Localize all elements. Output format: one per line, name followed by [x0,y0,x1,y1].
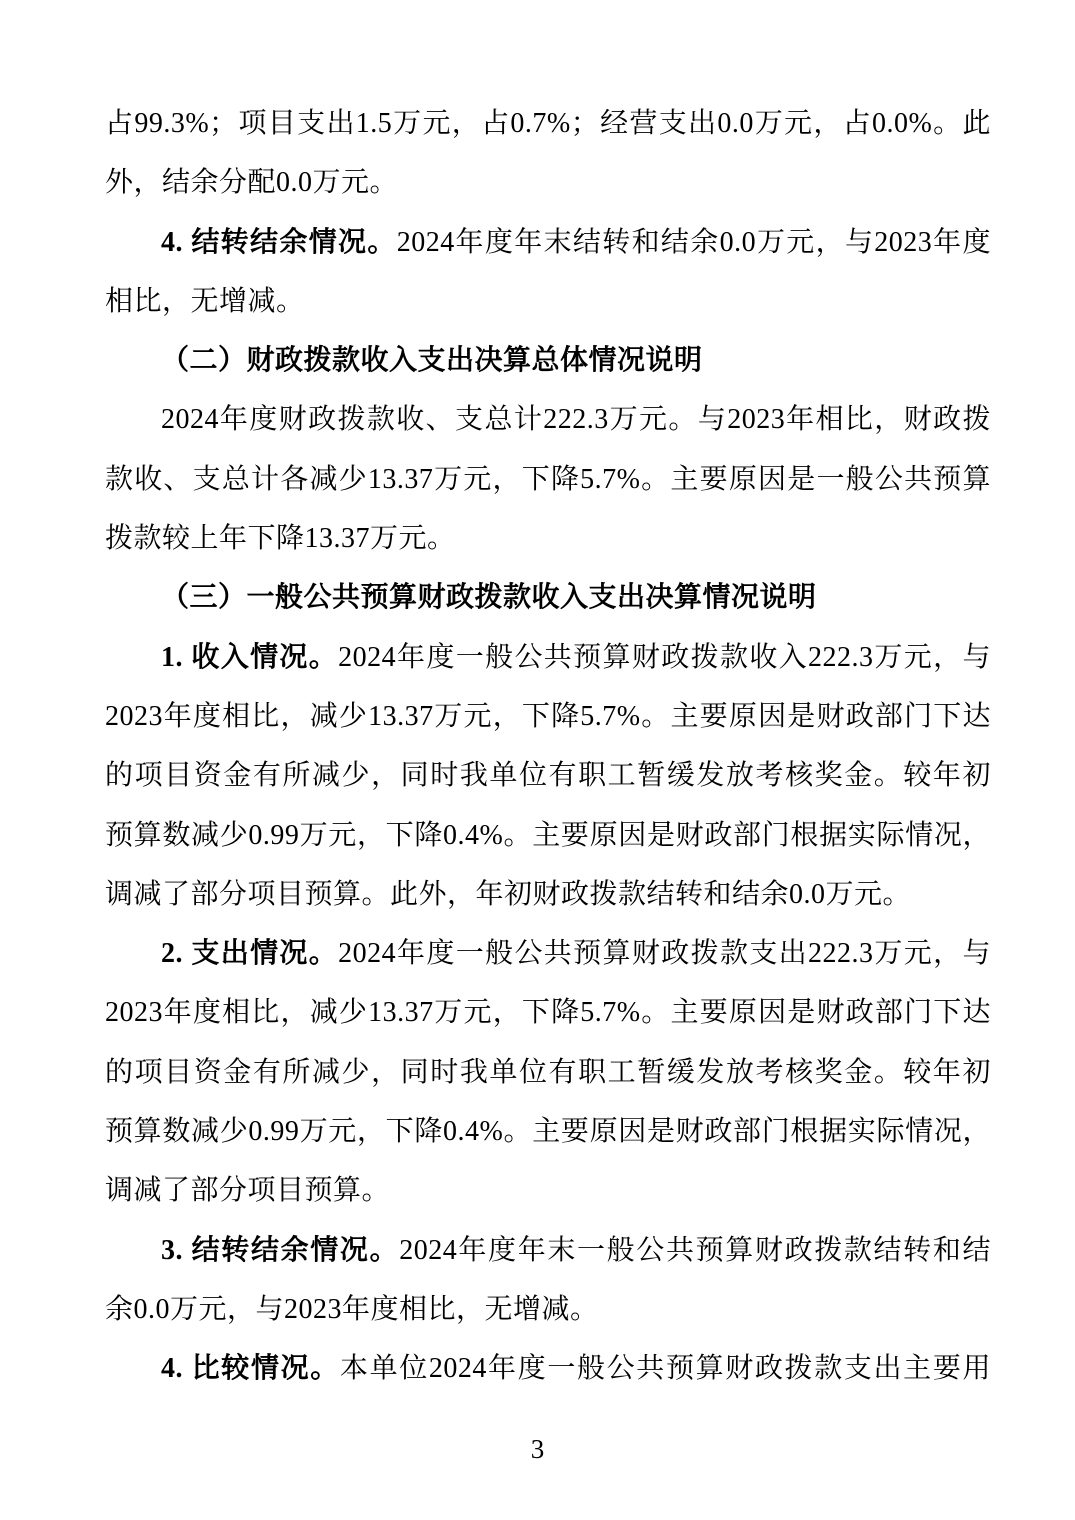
line-text: 的项目资金有所减少，同时我单位有职工暂缓发放考核奖金。较年初 [105,760,991,791]
text-line: 2023年度相比，减少13.37万元，下降5.7%。主要原因是财政部门下达 [105,687,991,746]
text-line: 预算数减少0.99万元，下降0.4%。主要原因是财政部门根据实际情况， [105,806,991,865]
line-text: 2024年度财政拨款收、支总计222.3万元。与2023年相比，财政拨 [161,404,991,435]
line-text: 2023年度相比，减少13.37万元，下降5.7%。主要原因是财政部门下达 [105,701,991,732]
text-line: 外，结余分配0.0万元。 [105,153,991,212]
line-text: 相比，无增减。 [105,286,305,317]
text-line: 2023年度相比，减少13.37万元，下降5.7%。主要原因是财政部门下达 [105,983,991,1042]
text-line: 3. 结转结余情况。2024年度年末一般公共预算财政拨款结转和结 [105,1221,991,1280]
section-heading: （二）财政拨款收入支出决算总体情况说明 [105,331,991,390]
text-line: 2024年度财政拨款收、支总计222.3万元。与2023年相比，财政拨 [105,390,991,449]
text-line: 4. 比较情况。本单位2024年度一般公共预算财政拨款支出主要用 [105,1339,991,1398]
line-text: 占99.3%；项目支出1.5万元，占0.7%；经营支出0.0万元，占0.0%。此 [105,108,991,139]
line-text: 款收、支总计各减少13.37万元，下降5.7%。主要原因是一般公共预算 [105,464,991,495]
text-line: 预算数减少0.99万元，下降0.4%。主要原因是财政部门根据实际情况， [105,1102,991,1161]
text-line: 拨款较上年下降13.37万元。 [105,509,991,568]
line-text: 2024年度一般公共预算财政拨款收入222.3万元，与 [338,642,991,673]
text-line: 调减了部分项目预算。 [105,1161,991,1220]
line-text: 调减了部分项目预算。此外，年初财政拨款结转和结余0.0万元。 [105,879,911,910]
line-text: 2024年度年末一般公共预算财政拨款结转和结 [399,1235,991,1266]
line-text: 2024年度年末结转和结余0.0万元，与2023年度 [397,227,991,258]
text-line: 相比，无增减。 [105,272,991,331]
line-text: 外，结余分配0.0万元。 [105,167,398,198]
text-line: 余0.0万元，与2023年度相比，无增减。 [105,1280,991,1339]
document-body: 占99.3%；项目支出1.5万元，占0.7%；经营支出0.0万元，占0.0%。此… [105,94,991,1399]
line-bold-prefix: （三）一般公共预算财政拨款收入支出决算情况说明 [161,582,817,613]
document-page: 占99.3%；项目支出1.5万元，占0.7%；经营支出0.0万元，占0.0%。此… [0,0,1075,1520]
text-line: 1. 收入情况。2024年度一般公共预算财政拨款收入222.3万元，与 [105,628,991,687]
line-text: 2024年度一般公共预算财政拨款支出222.3万元，与 [338,938,991,969]
text-line: 的项目资金有所减少，同时我单位有职工暂缓发放考核奖金。较年初 [105,1043,991,1102]
line-text: 本单位2024年度一般公共预算财政拨款支出主要用 [340,1353,991,1384]
line-bold-prefix: 1. 收入情况。 [161,642,338,673]
text-line: 占99.3%；项目支出1.5万元，占0.7%；经营支出0.0万元，占0.0%。此 [105,94,991,153]
line-bold-prefix: 4. 比较情况。 [161,1353,340,1384]
line-bold-prefix: （二）财政拨款收入支出决算总体情况说明 [161,345,703,376]
line-text: 预算数减少0.99万元，下降0.4%。主要原因是财政部门根据实际情况， [105,1116,991,1147]
text-line: 2. 支出情况。2024年度一般公共预算财政拨款支出222.3万元，与 [105,924,991,983]
text-line: 款收、支总计各减少13.37万元，下降5.7%。主要原因是一般公共预算 [105,450,991,509]
line-text: 余0.0万元，与2023年度相比，无增减。 [105,1294,599,1325]
line-text: 2023年度相比，减少13.37万元，下降5.7%。主要原因是财政部门下达 [105,997,991,1028]
line-text: 拨款较上年下降13.37万元。 [105,523,456,554]
line-bold-prefix: 3. 结转结余情况。 [161,1235,399,1266]
line-text: 的项目资金有所减少，同时我单位有职工暂缓发放考核奖金。较年初 [105,1057,991,1088]
line-text: 调减了部分项目预算。 [105,1175,390,1206]
section-heading: （三）一般公共预算财政拨款收入支出决算情况说明 [105,568,991,627]
line-bold-prefix: 2. 支出情况。 [161,938,338,969]
line-text: 预算数减少0.99万元，下降0.4%。主要原因是财政部门根据实际情况， [105,820,991,851]
text-line: 4. 结转结余情况。2024年度年末结转和结余0.0万元，与2023年度 [105,213,991,272]
text-line: 调减了部分项目预算。此外，年初财政拨款结转和结余0.0万元。 [105,865,991,924]
page-number: 3 [0,1434,1075,1465]
text-line: 的项目资金有所减少，同时我单位有职工暂缓发放考核奖金。较年初 [105,746,991,805]
line-bold-prefix: 4. 结转结余情况。 [161,227,397,258]
